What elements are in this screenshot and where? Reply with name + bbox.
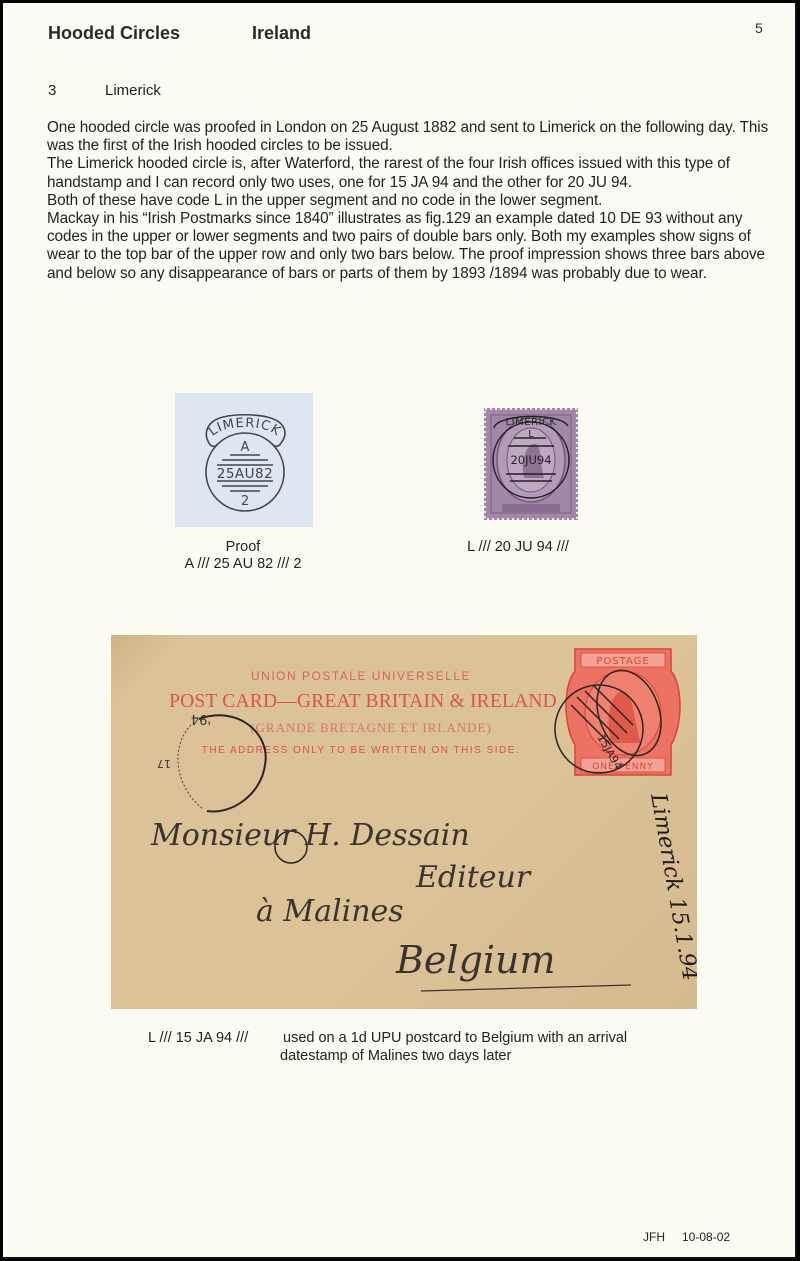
svg-text:L: L <box>528 429 534 440</box>
svg-text:LIMERICK: LIMERICK <box>506 417 557 428</box>
postcard-markings-icon: POSTAGE ONE PENNY 15JA94 '94 17 <box>111 635 697 1009</box>
malines-postmark-date: 17 <box>157 757 171 770</box>
penny-indicium-icon: POSTAGE ONE PENNY <box>566 649 680 775</box>
svg-text:20JU94: 20JU94 <box>510 453 551 467</box>
svg-text:Monsieur H. Dessain: Monsieur H. Dessain <box>150 818 470 853</box>
footer-date: 10-08-02 <box>682 1230 730 1244</box>
page-header-series: Hooded Circles <box>48 23 180 44</box>
penny-lilac-stamp-image: LIMERICK L 20JU94 <box>484 408 578 520</box>
postcard-caption-code: L /// 15 JA 94 /// <box>148 1030 283 1048</box>
paragraph: The Limerick hooded circle is, after Wat… <box>47 155 771 191</box>
svg-text:Editeur: Editeur <box>415 860 532 895</box>
postcard-caption-text: used on a 1d UPU postcard to Belgium wit… <box>283 1030 627 1046</box>
proof-caption: Proof A /// 25 AU 82 /// 2 <box>143 539 343 573</box>
stamp-caption: L /// 20 JU 94 /// <box>418 539 618 556</box>
page-header-country: Ireland <box>252 23 311 44</box>
upu-postcard-image: UNION POSTALE UNIVERSELLE POST CARD—GREA… <box>111 635 697 1009</box>
paragraph: One hooded circle was proofed in London … <box>47 119 771 155</box>
svg-text:Limerick 15.1.94: Limerick 15.1.94 <box>645 791 697 983</box>
section-number: 3 <box>48 82 56 99</box>
paragraph: Mackay in his “Irish Postmarks since 184… <box>47 210 771 283</box>
svg-text:à Malines: à Malines <box>256 894 404 929</box>
postcard-caption-text-2: datestamp of Malines two days later <box>123 1048 703 1066</box>
page-number: 5 <box>755 20 763 36</box>
description-text: One hooded circle was proofed in London … <box>47 119 771 283</box>
stamp-with-postmark-icon: LIMERICK L 20JU94 <box>484 408 578 520</box>
proof-impression-image: LIMERICK A 25AU82 2 <box>175 393 313 527</box>
exhibit-page: Hooded Circles Ireland 5 3 Limerick One … <box>3 3 797 1259</box>
paragraph: Both of these have code L in the upper s… <box>47 192 771 210</box>
proof-caption-title: Proof <box>143 539 343 556</box>
proof-caption-detail: A /// 25 AU 82 /// 2 <box>143 556 343 573</box>
svg-text:25AU82: 25AU82 <box>217 466 273 482</box>
hooded-circle-postmark-icon: LIMERICK A 25AU82 2 <box>175 393 313 527</box>
svg-text:2: 2 <box>241 494 249 509</box>
section-title: Limerick <box>105 82 161 99</box>
svg-text:POSTAGE: POSTAGE <box>596 656 649 667</box>
footer-initials: JFH <box>643 1230 665 1244</box>
postcard-caption: L /// 15 JA 94 ///used on a 1d UPU postc… <box>123 1030 703 1065</box>
svg-text:A: A <box>241 440 250 455</box>
svg-text:Belgium: Belgium <box>395 938 556 982</box>
malines-postmark-year: '94 <box>191 711 211 726</box>
